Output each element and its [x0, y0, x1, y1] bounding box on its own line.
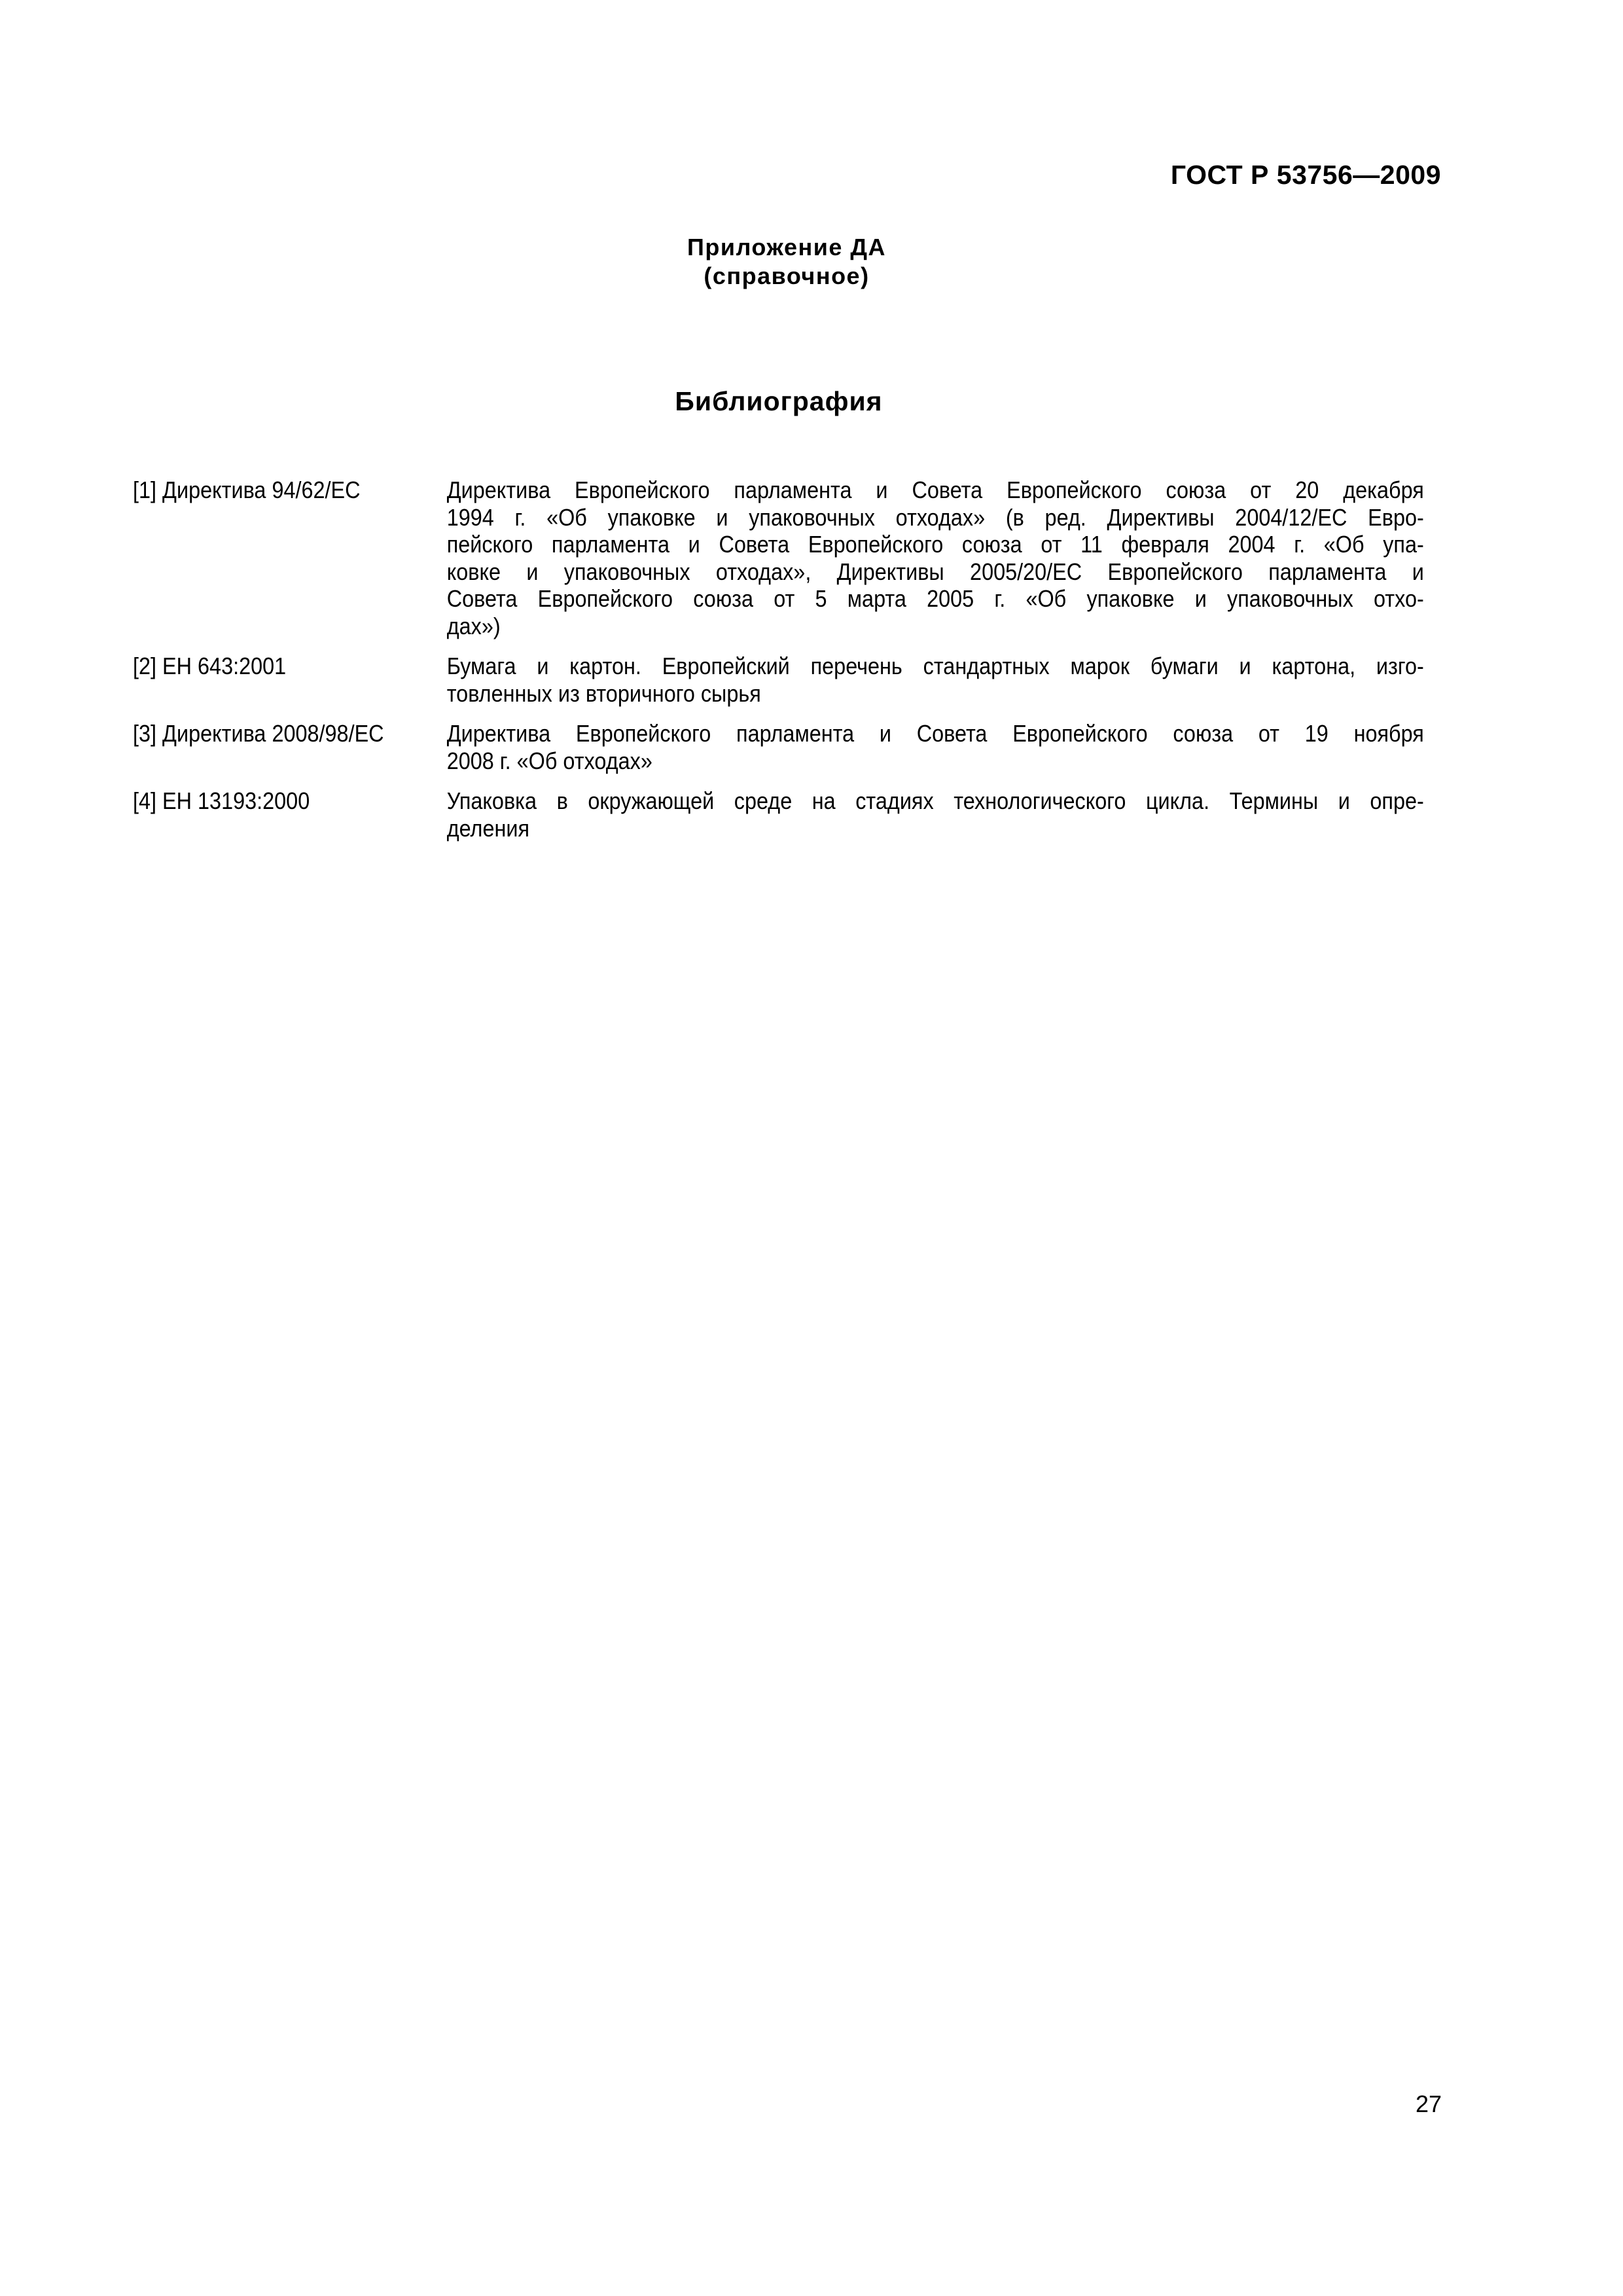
bibliography-entry: [4] ЕН 13193:2000 Упаковка в окружающей … [133, 787, 1424, 842]
bibliography-entry: [3] Директива 2008/98/ЕС Директива Европ… [133, 720, 1424, 774]
description-line: Упаковка в окружающей среде на стадиях т… [447, 787, 1424, 815]
description-line: Директива Европейского парламента и Сове… [447, 476, 1424, 504]
description-line: Директива Европейского парламента и Сове… [447, 720, 1424, 747]
entry-description: Бумага и картон. Европейский перечень ст… [447, 653, 1424, 707]
entry-description: Директива Европейского парламента и Сове… [447, 476, 1424, 639]
page-number: 27 [1416, 2090, 1442, 2118]
bibliography-title: Библиография [0, 386, 1558, 417]
entry-reference: [2] ЕН 643:2001 [133, 653, 447, 707]
appendix-heading: Приложение ДА (справочное) [0, 233, 1573, 291]
description-line: ковке и упаковочных отходах», Директивы … [447, 558, 1424, 586]
description-line: пейского парламента и Совета Европейског… [447, 531, 1424, 558]
appendix-title: Приложение ДА [0, 233, 1573, 262]
bibliography-list: [1] Директива 94/62/ЕС Директива Европей… [133, 476, 1424, 855]
bibliography-entry: [2] ЕН 643:2001 Бумага и картон. Европей… [133, 653, 1424, 707]
description-line: Бумага и картон. Европейский перечень ст… [447, 653, 1424, 680]
entry-description: Упаковка в окружающей среде на стадиях т… [447, 787, 1424, 842]
appendix-subtitle: (справочное) [0, 262, 1573, 291]
entry-reference: [1] Директива 94/62/ЕС [133, 476, 447, 639]
description-line: товленных из вторичного сырья [447, 680, 1424, 708]
document-code: ГОСТ Р 53756—2009 [1171, 160, 1441, 190]
entry-reference: [4] ЕН 13193:2000 [133, 787, 447, 842]
description-line: 1994 г. «Об упаковке и упаковочных отход… [447, 504, 1424, 531]
description-line: дах») [447, 613, 1424, 640]
description-line: деления [447, 815, 1424, 842]
description-line: 2008 г. «Об отходах» [447, 747, 1424, 775]
entry-reference: [3] Директива 2008/98/ЕС [133, 720, 447, 774]
entry-description: Директива Европейского парламента и Сове… [447, 720, 1424, 774]
bibliography-entry: [1] Директива 94/62/ЕС Директива Европей… [133, 476, 1424, 639]
description-line: Совета Европейского союза от 5 марта 200… [447, 585, 1424, 613]
